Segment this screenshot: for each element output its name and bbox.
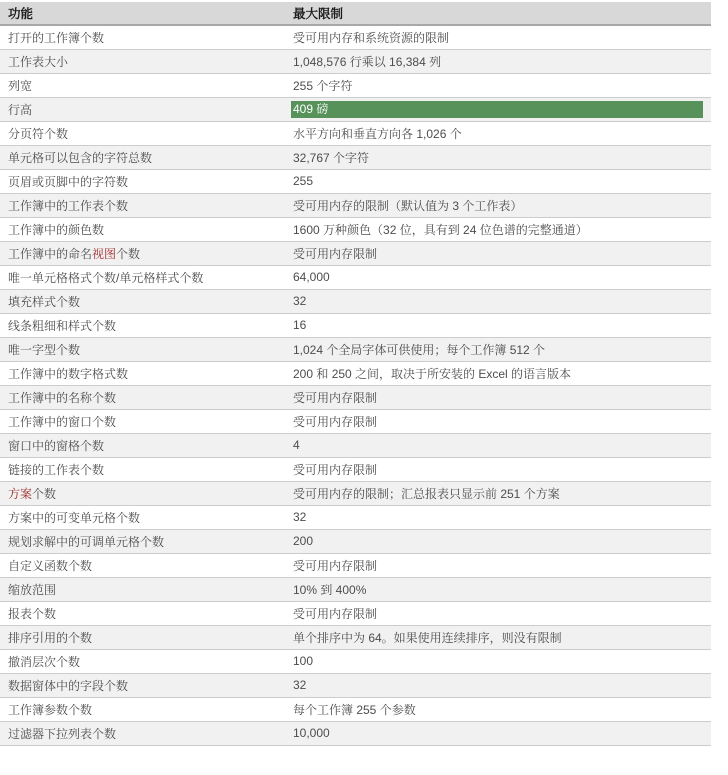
table-row: 链接的工作表个数受可用内存限制 [0, 457, 711, 481]
limit-cell: 32 [285, 289, 711, 313]
table-row: 工作簿中的窗口个数受可用内存限制 [0, 409, 711, 433]
feature-cell: 工作簿中的颜色数 [0, 217, 285, 241]
table-row: 工作簿中的命名视图个数受可用内存限制 [0, 241, 711, 265]
feature-text: 个数 [32, 487, 56, 501]
limit-cell: 255 个字符 [285, 73, 711, 97]
table-row: 自定义函数个数受可用内存限制 [0, 553, 711, 577]
limit-cell: 64,000 [285, 265, 711, 289]
feature-cell: 列宽 [0, 73, 285, 97]
table-row: 窗口中的窗格个数4 [0, 433, 711, 457]
table-row: 打开的工作簿个数受可用内存和系统资源的限制 [0, 25, 711, 49]
table-row: 页眉或页脚中的字符数255 [0, 169, 711, 193]
feature-cell: 工作簿中的名称个数 [0, 385, 285, 409]
limit-cell: 1,048,576 行乘以 16,384 列 [285, 49, 711, 73]
limit-cell: 409 磅 [285, 97, 711, 121]
limit-cell: 32 [285, 505, 711, 529]
table-row: 规划求解中的可调单元格个数200 [0, 529, 711, 553]
feature-cell: 方案个数 [0, 481, 285, 505]
feature-cell: 数据窗体中的字段个数 [0, 673, 285, 697]
search-keyword-highlight: 方案 [8, 487, 32, 501]
table-row: 工作簿参数个数每个工作簿 255 个参数 [0, 697, 711, 721]
limit-cell: 受可用内存限制 [285, 553, 711, 577]
feature-cell: 页眉或页脚中的字符数 [0, 169, 285, 193]
table-row: 工作簿中的颜色数1600 万种颜色（32 位，具有到 24 位色谱的完整通道） [0, 217, 711, 241]
table-row: 过滤器下拉列表个数10,000 [0, 721, 711, 745]
table-row: 行高409 磅 [0, 97, 711, 121]
limit-cell: 10,000 [285, 721, 711, 745]
table-row: 填充样式个数32 [0, 289, 711, 313]
table-row: 方案个数受可用内存的限制；汇总报表只显示前 251 个方案 [0, 481, 711, 505]
feature-cell: 唯一字型个数 [0, 337, 285, 361]
feature-cell: 工作簿中的工作表个数 [0, 193, 285, 217]
limit-cell: 受可用内存限制 [285, 241, 711, 265]
limit-cell: 200 和 250 之间，取决于所安装的 Excel 的语言版本 [285, 361, 711, 385]
table-row: 分页符个数水平方向和垂直方向各 1,026 个 [0, 121, 711, 145]
feature-cell: 自定义函数个数 [0, 553, 285, 577]
table-row: 唯一字型个数1,024 个全局字体可供使用；每个工作簿 512 个 [0, 337, 711, 361]
limit-cell: 受可用内存限制 [285, 601, 711, 625]
feature-cell: 工作簿中的数字格式数 [0, 361, 285, 385]
limit-cell: 32 [285, 673, 711, 697]
header-row: 功能 最大限制 [0, 2, 711, 25]
limit-cell: 每个工作簿 255 个参数 [285, 697, 711, 721]
table-row: 撤消层次个数100 [0, 649, 711, 673]
feature-cell: 分页符个数 [0, 121, 285, 145]
feature-cell: 填充样式个数 [0, 289, 285, 313]
table-row: 排序引用的个数单个排序中为 64。如果使用连续排序，则没有限制 [0, 625, 711, 649]
feature-cell: 行高 [0, 97, 285, 121]
search-keyword-highlight: 视图 [92, 247, 116, 261]
table-row: 单元格可以包含的字符总数32,767 个字符 [0, 145, 711, 169]
feature-text: 工作簿中的命名 [8, 247, 92, 261]
feature-cell: 过滤器下拉列表个数 [0, 721, 285, 745]
feature-cell: 工作簿中的命名视图个数 [0, 241, 285, 265]
table-body: 打开的工作簿个数受可用内存和系统资源的限制工作表大小1,048,576 行乘以 … [0, 25, 711, 745]
feature-cell: 工作簿参数个数 [0, 697, 285, 721]
limit-cell: 受可用内存限制 [285, 457, 711, 481]
table-row: 数据窗体中的字段个数32 [0, 673, 711, 697]
limit-cell: 受可用内存的限制（默认值为 3 个工作表） [285, 193, 711, 217]
feature-cell: 链接的工作表个数 [0, 457, 285, 481]
table-row: 报表个数受可用内存限制 [0, 601, 711, 625]
table-row: 唯一单元格格式个数/单元格样式个数64,000 [0, 265, 711, 289]
feature-cell: 工作簿中的窗口个数 [0, 409, 285, 433]
feature-cell: 报表个数 [0, 601, 285, 625]
limit-cell: 1,024 个全局字体可供使用；每个工作簿 512 个 [285, 337, 711, 361]
limit-cell: 4 [285, 433, 711, 457]
limit-cell: 受可用内存的限制；汇总报表只显示前 251 个方案 [285, 481, 711, 505]
feature-text: 个数 [116, 247, 140, 261]
table-row: 缩放范围10% 到 400% [0, 577, 711, 601]
limit-cell: 1600 万种颜色（32 位，具有到 24 位色谱的完整通道） [285, 217, 711, 241]
feature-cell: 缩放范围 [0, 577, 285, 601]
limit-cell: 水平方向和垂直方向各 1,026 个 [285, 121, 711, 145]
column-header-limit: 最大限制 [285, 2, 711, 25]
feature-cell: 工作表大小 [0, 49, 285, 73]
limit-cell: 受可用内存限制 [285, 385, 711, 409]
limit-cell: 32,767 个字符 [285, 145, 711, 169]
limit-cell: 受可用内存和系统资源的限制 [285, 25, 711, 49]
table-row: 列宽255 个字符 [0, 73, 711, 97]
limit-cell: 200 [285, 529, 711, 553]
feature-cell: 撤消层次个数 [0, 649, 285, 673]
limit-cell: 受可用内存限制 [285, 409, 711, 433]
feature-cell: 规划求解中的可调单元格个数 [0, 529, 285, 553]
feature-cell: 窗口中的窗格个数 [0, 433, 285, 457]
limit-cell: 10% 到 400% [285, 577, 711, 601]
table-row: 工作簿中的数字格式数200 和 250 之间，取决于所安装的 Excel 的语言… [0, 361, 711, 385]
table-row: 工作表大小1,048,576 行乘以 16,384 列 [0, 49, 711, 73]
table-row: 线条粗细和样式个数16 [0, 313, 711, 337]
table-row: 工作簿中的工作表个数受可用内存的限制（默认值为 3 个工作表） [0, 193, 711, 217]
feature-cell: 方案中的可变单元格个数 [0, 505, 285, 529]
selection-highlight: 409 磅 [291, 101, 703, 118]
table-row: 方案中的可变单元格个数32 [0, 505, 711, 529]
feature-cell: 打开的工作簿个数 [0, 25, 285, 49]
feature-cell: 单元格可以包含的字符总数 [0, 145, 285, 169]
feature-cell: 排序引用的个数 [0, 625, 285, 649]
limit-cell: 单个排序中为 64。如果使用连续排序，则没有限制 [285, 625, 711, 649]
limit-cell: 255 [285, 169, 711, 193]
limit-cell: 100 [285, 649, 711, 673]
feature-cell: 线条粗细和样式个数 [0, 313, 285, 337]
limit-cell: 16 [285, 313, 711, 337]
excel-limits-table: 功能 最大限制 打开的工作簿个数受可用内存和系统资源的限制工作表大小1,048,… [0, 2, 711, 746]
feature-cell: 唯一单元格格式个数/单元格样式个数 [0, 265, 285, 289]
column-header-feature: 功能 [0, 2, 285, 25]
table-row: 工作簿中的名称个数受可用内存限制 [0, 385, 711, 409]
excel-specifications-page: 功能 最大限制 打开的工作簿个数受可用内存和系统资源的限制工作表大小1,048,… [0, 0, 728, 746]
